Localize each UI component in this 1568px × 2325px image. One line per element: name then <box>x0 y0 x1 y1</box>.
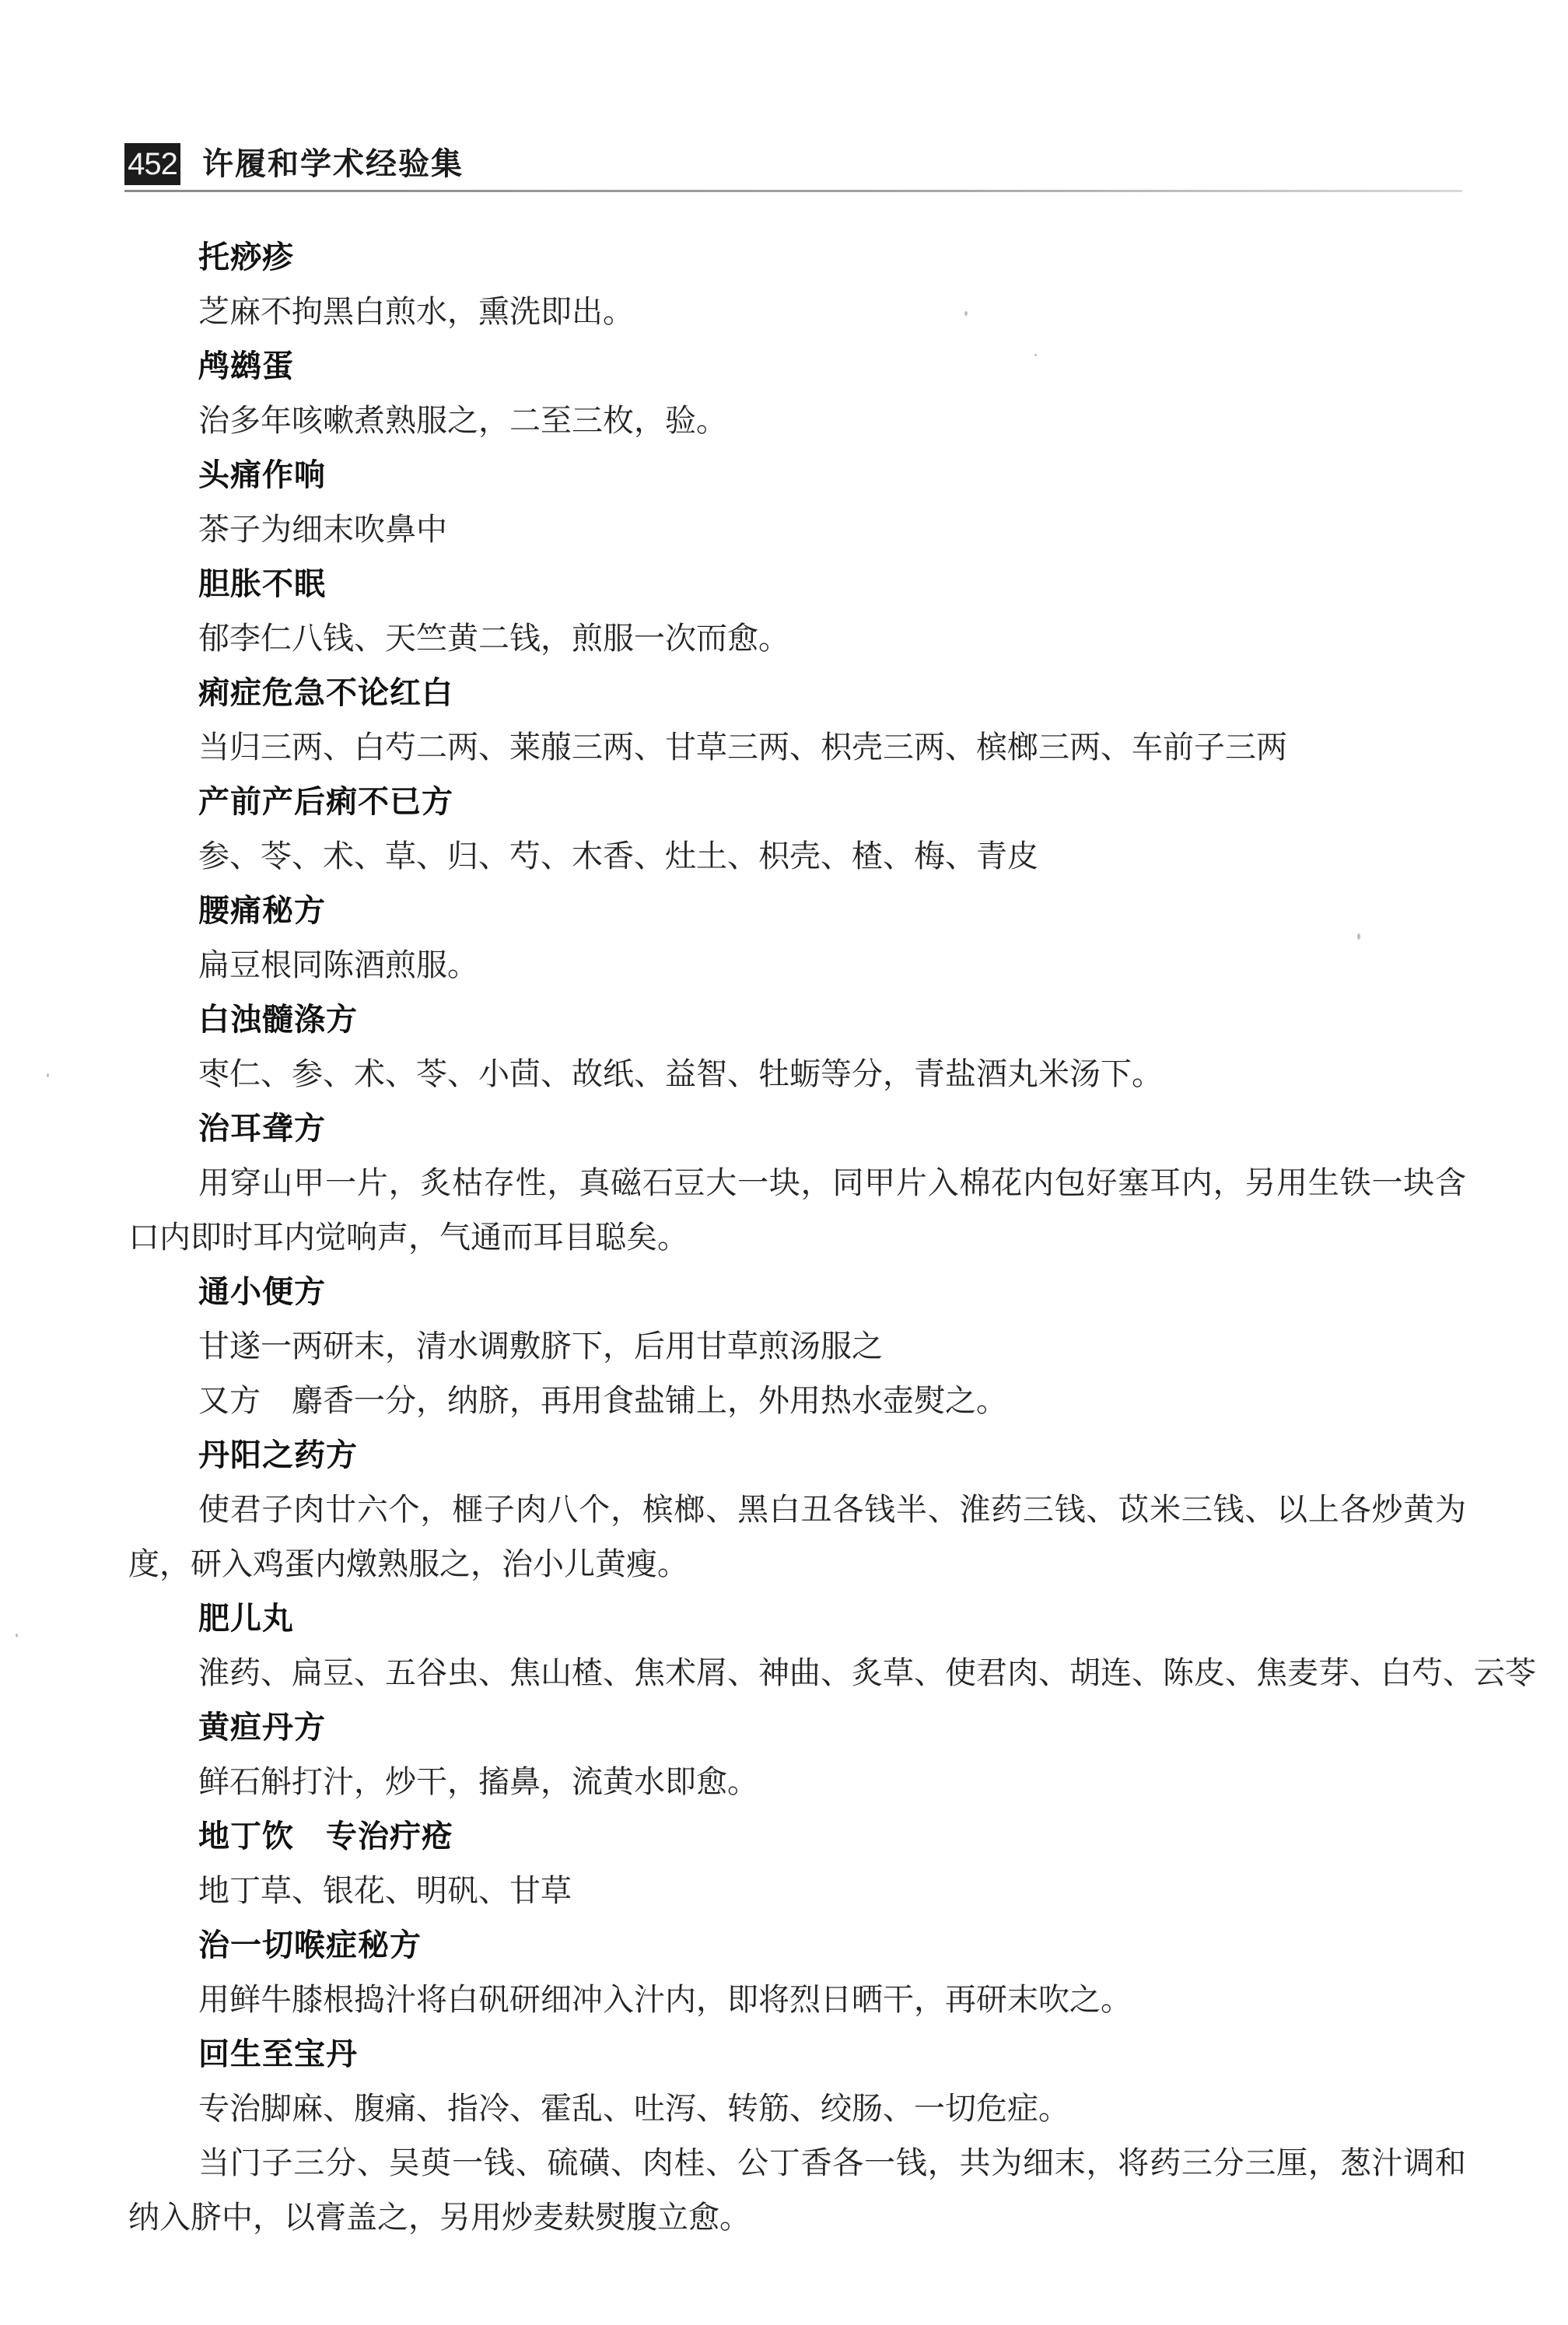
prescription-title: 胆胀不眠 <box>198 557 1466 611</box>
book-title: 许履和学术经验集 <box>202 145 464 184</box>
scan-speck <box>16 1633 18 1637</box>
prescription-text: 淮药、扁豆、五谷虫、焦山楂、焦术屑、神曲、炙草、使君肉、胡连、陈皮、焦麦芽、白芍… <box>128 1646 1466 1700</box>
prescription-text: 用鲜牛膝根捣汁将白矾研细冲入汁内，即将烈日晒干，再研末吹之。 <box>128 1973 1466 2027</box>
prescription-text: 地丁草、银花、明矾、甘草 <box>128 1864 1466 1918</box>
prescription-entry: 鸬鹚蛋 治多年咳嗽煮熟服之，二至三枚，验。 <box>128 339 1466 448</box>
scan-speck <box>964 311 968 316</box>
prescription-entry: 头痛作响 茶子为细末吹鼻中 <box>128 448 1466 557</box>
prescription-entry: 治一切喉症秘方 用鲜牛膝根捣汁将白矾研细冲入汁内，即将烈日晒干，再研末吹之。 <box>128 1918 1466 2027</box>
scan-speck <box>47 1073 49 1077</box>
prescription-title: 治耳聋方 <box>198 1101 1466 1156</box>
prescription-title: 头痛作响 <box>198 448 1466 502</box>
prescription-text: 郁李仁八钱、天竺黄二钱，煎服一次而愈。 <box>128 611 1466 666</box>
prescription-title: 鸬鹚蛋 <box>198 339 1466 394</box>
prescription-entry: 丹阳之药方 使君子肉廿六个，榧子肉八个，槟榔、黑白丑各钱半、淮药三钱、苡米三钱、… <box>128 1428 1466 1591</box>
prescription-title: 回生至宝丹 <box>198 2027 1466 2082</box>
prescription-text: 当门子三分、吴萸一钱、硫磺、肉桂、公丁香各一钱，共为细末，将药三分三厘，葱汁调和… <box>128 2136 1466 2245</box>
prescription-title: 治一切喉症秘方 <box>198 1918 1466 1973</box>
prescription-title: 产前产后痢不已方 <box>198 775 1466 829</box>
prescription-title: 丹阳之药方 <box>198 1428 1466 1483</box>
prescription-entry: 回生至宝丹 专治脚麻、腹痛、指冷、霍乱、吐泻、转筋、绞肠、一切危症。 当门子三分… <box>128 2027 1466 2245</box>
prescription-title: 肥儿丸 <box>198 1591 1466 1646</box>
prescription-title: 托痧疹 <box>198 230 1466 285</box>
header-divider <box>124 190 1462 192</box>
prescription-text: 治多年咳嗽煮熟服之，二至三枚，验。 <box>128 394 1466 448</box>
prescription-text: 当归三两、白芍二两、莱菔三两、甘草三两、枳壳三两、槟榔三两、车前子三两 <box>128 720 1466 775</box>
prescription-list: 托痧疹 芝麻不拘黑白煎水，熏洗即出。 鸬鹚蛋 治多年咳嗽煮熟服之，二至三枚，验。… <box>128 230 1466 2245</box>
prescription-title: 白浊髓涤方 <box>198 993 1466 1047</box>
prescription-entry: 通小便方 甘遂一两研末，清水调敷脐下，后用甘草煎汤服之 又方 麝香一分，纳脐，再… <box>128 1265 1466 1428</box>
prescription-entry: 产前产后痢不已方 参、苓、术、草、归、芍、木香、灶土、枳壳、楂、梅、青皮 <box>128 775 1466 884</box>
prescription-entry: 黄疸丹方 鲜石斛打汁，炒干，搐鼻，流黄水即愈。 <box>128 1700 1466 1809</box>
prescription-entry: 治耳聋方 用穿山甲一片，炙枯存性，真磁石豆大一块，同甲片入棉花内包好塞耳内，另用… <box>128 1101 1466 1265</box>
prescription-text: 鲜石斛打汁，炒干，搐鼻，流黄水即愈。 <box>128 1755 1466 1809</box>
prescription-entry: 胆胀不眠 郁李仁八钱、天竺黄二钱，煎服一次而愈。 <box>128 557 1466 666</box>
prescription-entry: 白浊髓涤方 枣仁、参、术、苓、小茴、故纸、益智、牡蛎等分，青盐酒丸米汤下。 <box>128 993 1466 1101</box>
prescription-title: 地丁饮 专治疔疮 <box>198 1809 1466 1864</box>
scan-speck <box>1034 354 1037 356</box>
prescription-entry: 地丁饮 专治疔疮 地丁草、银花、明矾、甘草 <box>128 1809 1466 1918</box>
prescription-text: 茶子为细末吹鼻中 <box>128 502 1466 557</box>
prescription-entry: 痢症危急不论红白 当归三两、白芍二两、莱菔三两、甘草三两、枳壳三两、槟榔三两、车… <box>128 666 1466 775</box>
prescription-entry: 托痧疹 芝麻不拘黑白煎水，熏洗即出。 <box>128 230 1466 339</box>
prescription-entry: 肥儿丸 淮药、扁豆、五谷虫、焦山楂、焦术屑、神曲、炙草、使君肉、胡连、陈皮、焦麦… <box>128 1591 1466 1700</box>
prescription-entry: 腰痛秘方 扁豆根同陈酒煎服。 <box>128 884 1466 993</box>
prescription-text: 芝麻不拘黑白煎水，熏洗即出。 <box>128 285 1466 339</box>
prescription-title: 黄疸丹方 <box>198 1700 1466 1755</box>
page-number: 452 <box>124 143 180 185</box>
prescription-text: 甘遂一两研末，清水调敷脐下，后用甘草煎汤服之 <box>128 1319 1466 1374</box>
prescription-title: 腰痛秘方 <box>198 884 1466 938</box>
prescription-title: 通小便方 <box>198 1265 1466 1319</box>
page-header: 452 许履和学术经验集 <box>124 143 1462 193</box>
prescription-indication: 专治脚麻、腹痛、指冷、霍乱、吐泻、转筋、绞肠、一切危症。 <box>128 2082 1466 2136</box>
prescription-text-alternate: 又方 麝香一分，纳脐，再用食盐铺上，外用热水壶熨之。 <box>128 1374 1466 1428</box>
scan-speck <box>1357 933 1360 940</box>
prescription-text: 扁豆根同陈酒煎服。 <box>128 938 1466 993</box>
prescription-text: 参、苓、术、草、归、芍、木香、灶土、枳壳、楂、梅、青皮 <box>128 829 1466 884</box>
prescription-title: 痢症危急不论红白 <box>198 666 1466 720</box>
prescription-text: 使君子肉廿六个，榧子肉八个，槟榔、黑白丑各钱半、淮药三钱、苡米三钱、以上各炒黄为… <box>128 1483 1466 1591</box>
prescription-text: 用穿山甲一片，炙枯存性，真磁石豆大一块，同甲片入棉花内包好塞耳内，另用生铁一块含… <box>128 1156 1466 1265</box>
prescription-text: 枣仁、参、术、苓、小茴、故纸、益智、牡蛎等分，青盐酒丸米汤下。 <box>128 1047 1466 1101</box>
